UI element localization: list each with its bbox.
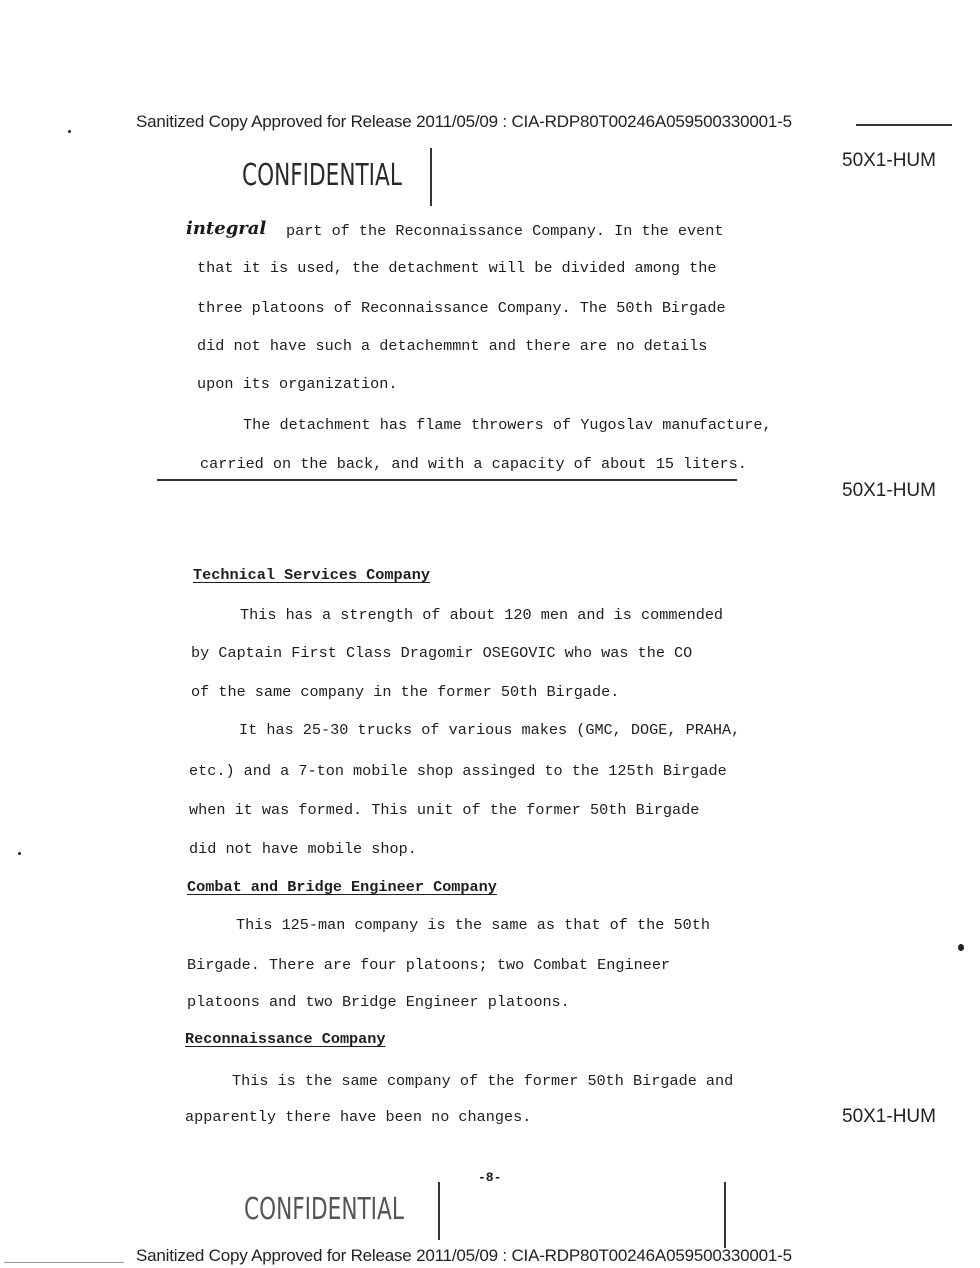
section-heading-reconnaissance: Reconnaissance Company xyxy=(185,1030,386,1048)
text-line: three platoons of Reconnaissance Company… xyxy=(197,299,726,317)
text-line: did not have mobile shop. xyxy=(189,840,417,858)
page-number: -8- xyxy=(478,1170,501,1185)
text-line: of the same company in the former 50th B… xyxy=(191,683,619,701)
text-line: platoons and two Bridge Engineer platoon… xyxy=(187,993,570,1011)
header-rule xyxy=(856,124,952,126)
release-header: Sanitized Copy Approved for Release 2011… xyxy=(136,112,792,132)
scan-speck xyxy=(68,130,71,133)
text-line: This has a strength of about 120 men and… xyxy=(240,606,723,624)
text-line: carried on the back, and with a capacity… xyxy=(200,455,747,473)
section-heading-combat-bridge-engineer: Combat and Bridge Engineer Company xyxy=(187,878,497,896)
scan-speck xyxy=(18,852,21,855)
text-line: apparently there have been no changes. xyxy=(185,1108,531,1126)
text-line: part of the Reconnaissance Company. In t… xyxy=(286,222,723,240)
handwritten-insertion: integral xyxy=(186,218,266,239)
redaction-divider xyxy=(724,1182,726,1248)
text-line: etc.) and a 7-ton mobile shop assinged t… xyxy=(189,762,727,780)
release-footer: Sanitized Copy Approved for Release 2011… xyxy=(136,1246,792,1266)
text-line: did not have such a detachemmnt and ther… xyxy=(197,337,707,355)
scan-speck xyxy=(958,944,964,951)
text-line: This 125-man company is the same as that… xyxy=(236,916,710,934)
text-line: Birgade. There are four platoons; two Co… xyxy=(187,956,670,974)
confidential-stamp-top: CONFIDENTIAL xyxy=(242,158,402,193)
footer-scan-rule xyxy=(4,1262,124,1263)
text-line: upon its organization. xyxy=(197,375,398,393)
section-heading-technical-services: Technical Services Company xyxy=(193,566,430,584)
text-line: when it was formed. This unit of the for… xyxy=(189,801,699,819)
text-line: The detachment has flame throwers of Yug… xyxy=(243,416,772,434)
exemption-label-3: 50X1-HUM xyxy=(842,1106,936,1128)
text-line: It has 25-30 trucks of various makes (GM… xyxy=(239,721,740,739)
redaction-rule xyxy=(157,479,737,481)
text-line: by Captain First Class Dragomir OSEGOVIC… xyxy=(191,644,692,662)
text-line: This is the same company of the former 5… xyxy=(232,1072,733,1090)
exemption-label-2: 50X1-HUM xyxy=(842,480,936,502)
exemption-label-1: 50X1-HUM xyxy=(842,150,936,172)
stamp-divider-bottom xyxy=(438,1182,440,1240)
stamp-divider-top xyxy=(430,148,432,206)
text-line: that it is used, the detachment will be … xyxy=(197,259,717,277)
confidential-stamp-bottom: CONFIDENTIAL xyxy=(244,1192,404,1227)
